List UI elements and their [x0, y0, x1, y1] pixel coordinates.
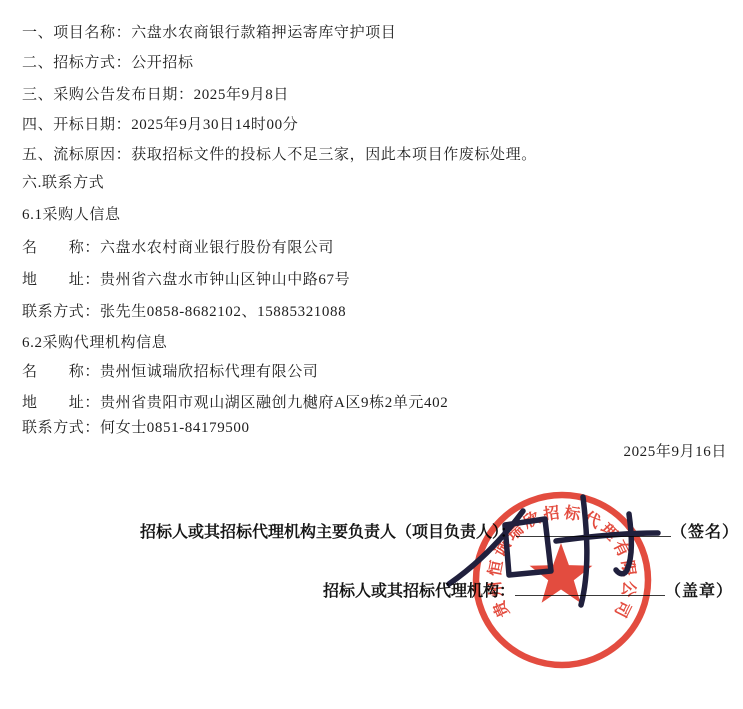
seal-company-name: 贵州恒诚瑞欣招标代理有限公司 — [485, 502, 639, 623]
stamp-here-suffix: （盖章） — [665, 583, 733, 600]
line-failure-reason: 五、流标原因：获取招标文件的投标人不足三家，因此本项目作废标处理。 — [22, 145, 537, 165]
responsible-person-label: 招标人或其招标代理机构主要负责人（项目负责人）： — [140, 524, 516, 541]
document-date: 2025年9月16日 — [623, 442, 727, 462]
purchaser-address: 地 址：贵州省六盘水市钟山区钟山中路67号 — [22, 270, 350, 290]
agency-section-title: 6.2采购代理机构信息 — [22, 333, 167, 353]
line-bid-method: 二、招标方式：公开招标 — [22, 53, 194, 73]
sign-here-suffix: （签名） — [671, 524, 739, 541]
seal-blank-field — [515, 583, 665, 596]
organization-seal-line: 招标人或其招标代理机构：（盖章） — [323, 582, 733, 602]
purchaser-section-title: 6.1采购人信息 — [22, 205, 121, 225]
line-announcement-date: 三、采购公告发布日期：2025年9月8日 — [22, 85, 289, 105]
bid-cancellation-document: 一、项目名称：六盘水农商银行款箱押运寄库守护项目 二、招标方式：公开招标 三、采… — [0, 0, 743, 709]
line-opening-date: 四、开标日期：2025年9月30日14时00分 — [22, 115, 298, 135]
responsible-person-signature-line: 招标人或其招标代理机构主要负责人（项目负责人）：（签名） — [140, 523, 739, 543]
agency-address: 地 址：贵州省贵阳市观山湖区融创九樾府A区9栋2单元402 — [22, 393, 448, 413]
signature-stroke-diagonal — [449, 511, 523, 584]
line-project-name: 一、项目名称：六盘水农商银行款箱押运寄库守护项目 — [22, 23, 396, 43]
seal-company-text-ring: 贵州恒诚瑞欣招标代理有限公司 — [485, 502, 639, 623]
seal-ring — [476, 495, 648, 665]
organization-label: 招标人或其招标代理机构： — [323, 583, 515, 600]
agency-name: 名 称：贵州恒诚瑞欣招标代理有限公司 — [22, 362, 318, 382]
purchaser-name: 名 称：六盘水农村商业银行股份有限公司 — [22, 238, 334, 258]
purchaser-contact: 联系方式：张先生0858-8682102、15885321088 — [22, 302, 346, 322]
signature-blank-field — [516, 524, 671, 537]
agency-contact: 联系方式：何女士0851-84179500 — [22, 418, 250, 438]
company-seal: 贵州恒诚瑞欣招标代理有限公司 — [476, 495, 648, 665]
line-contact-header: 六.联系方式 — [22, 173, 104, 193]
